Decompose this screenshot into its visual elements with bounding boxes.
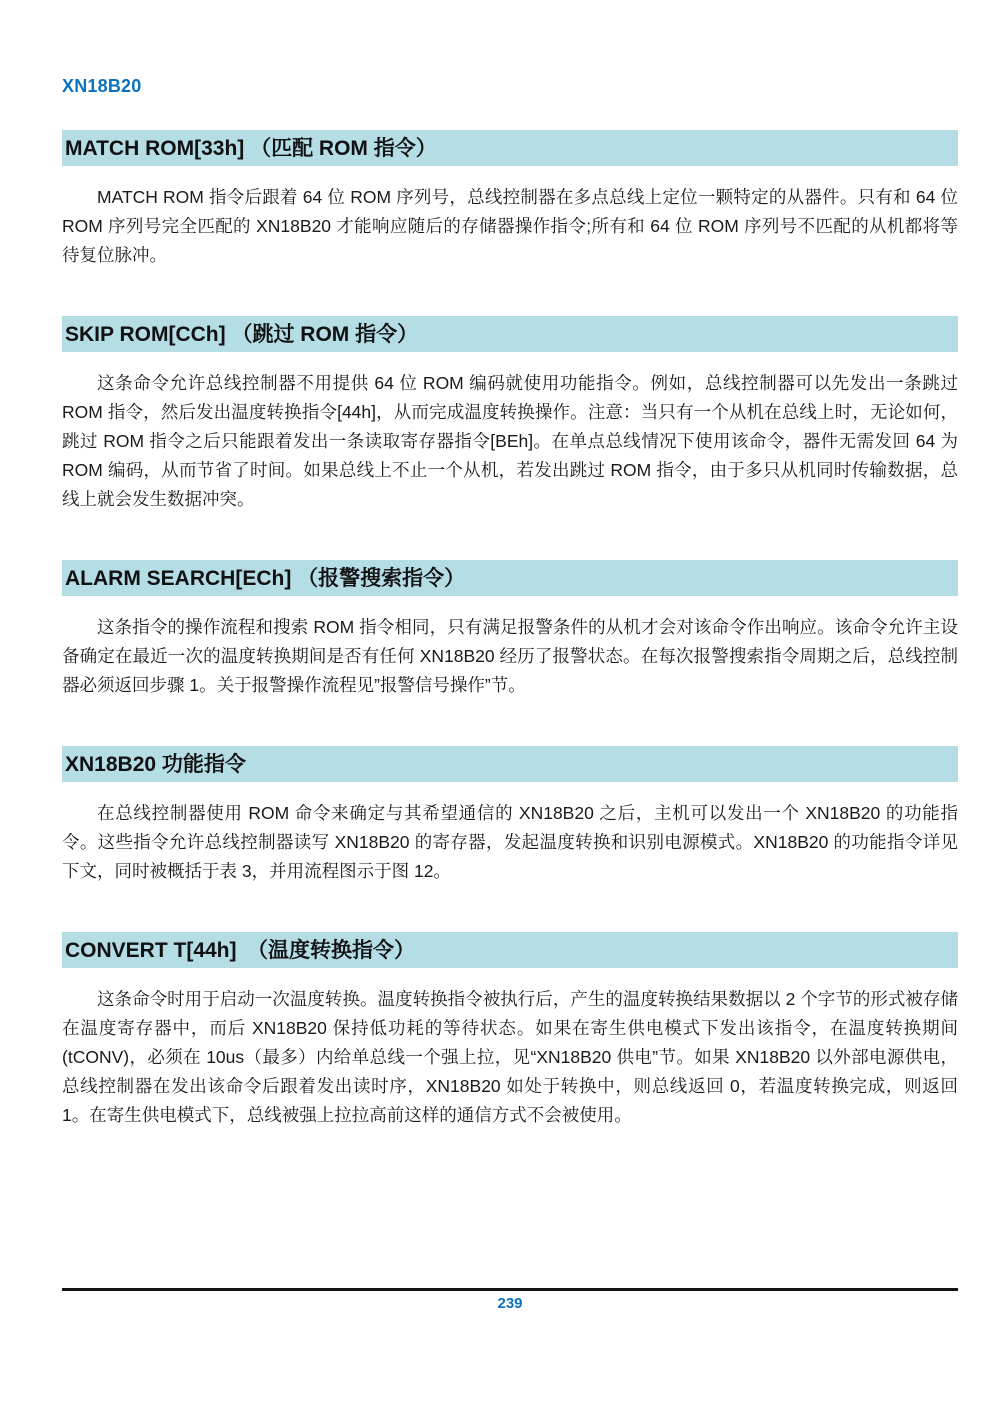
- section-heading-function-commands: XN18B20 功能指令: [62, 746, 958, 782]
- section-convert-t: CONVERT T[44h] （温度转换指令） 这条命令时用于启动一次温度转换。…: [62, 932, 958, 1130]
- section-heading-skip-rom: SKIP ROM[CCh] （跳过 ROM 指令）: [62, 316, 958, 352]
- page-number: 239: [62, 1295, 958, 1312]
- doc-title: XN18B20: [62, 76, 958, 97]
- section-heading-convert-t: CONVERT T[44h] （温度转换指令）: [62, 932, 958, 968]
- section-heading-match-rom: MATCH ROM[33h] （匹配 ROM 指令）: [62, 130, 958, 166]
- page-content: XN18B20 MATCH ROM[33h] （匹配 ROM 指令） MATCH…: [62, 0, 958, 1130]
- section-body-convert-t: 这条命令时用于启动一次温度转换。温度转换指令被执行后，产生的温度转换结果数据以 …: [62, 985, 958, 1130]
- section-match-rom: MATCH ROM[33h] （匹配 ROM 指令） MATCH ROM 指令后…: [62, 130, 958, 270]
- section-body-alarm-search: 这条指令的操作流程和搜索 ROM 指令相同，只有满足报警条件的从机才会对该命令作…: [62, 613, 958, 700]
- section-body-match-rom: MATCH ROM 指令后跟着 64 位 ROM 序列号，总线控制器在多点总线上…: [62, 183, 958, 270]
- section-skip-rom: SKIP ROM[CCh] （跳过 ROM 指令） 这条命令允许总线控制器不用提…: [62, 316, 958, 514]
- section-body-skip-rom: 这条命令允许总线控制器不用提供 64 位 ROM 编码就使用功能指令。例如，总线…: [62, 369, 958, 514]
- section-function-commands: XN18B20 功能指令 在总线控制器使用 ROM 命令来确定与其希望通信的 X…: [62, 746, 958, 886]
- section-alarm-search: ALARM SEARCH[ECh] （报警搜索指令） 这条指令的操作流程和搜索 …: [62, 560, 958, 700]
- section-body-function-commands: 在总线控制器使用 ROM 命令来确定与其希望通信的 XN18B20 之后，主机可…: [62, 799, 958, 886]
- datasheet-page: XN18B20 MATCH ROM[33h] （匹配 ROM 指令） MATCH…: [0, 0, 1000, 1414]
- footer-rule: [62, 1288, 958, 1291]
- section-heading-alarm-search: ALARM SEARCH[ECh] （报警搜索指令）: [62, 560, 958, 596]
